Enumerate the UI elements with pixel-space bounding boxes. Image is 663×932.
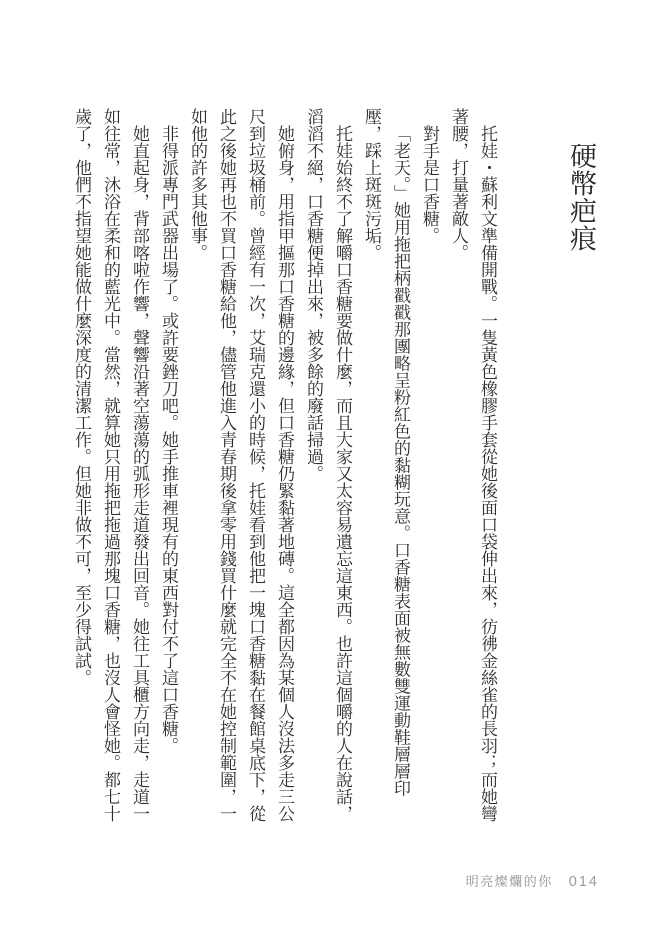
paragraph: 對手是口香糖。 <box>415 108 444 822</box>
paragraph: 托娃・蘇利文準備開戰。一隻黃色橡膠手套從她後面口袋伸出來，彷彿金絲雀的長羽；而她… <box>444 108 502 822</box>
paragraph: 非得派專門武器出場了。或許要銼刀吧。她手推車裡現有的東西對付不了這口香糖。 <box>154 108 183 822</box>
paragraph: 她直起身，背部喀啦作響，聲響沿著空蕩蕩的弧形走道發出回音。她往工具櫃方向走，走道… <box>67 108 154 822</box>
paragraph: 托娃始終不了解嚼口香糖要做什麼，而且大家又太容易遺忘這東西。也許這個嚼的人在說話… <box>299 108 357 822</box>
book-title: 明亮燦爛的你 <box>466 871 553 890</box>
paragraph: 她俯身，用指甲摳那口香糖的邊緣，但口香糖仍緊黏著地磚。這全都因為某個人沒法多走三… <box>183 108 299 822</box>
page-number: 014 <box>569 874 599 890</box>
chapter-title: 硬幣疤痕 <box>564 108 598 822</box>
paragraph: 「老天。」她用拖把柄戳戳那團略呈粉紅色的黏糊玩意。口香糖表面被無數雙運動鞋層層印… <box>357 108 415 822</box>
book-page: 硬幣疤痕 托娃・蘇利文準備開戰。一隻黃色橡膠手套從她後面口袋伸出來，彷彿金絲雀的… <box>0 0 663 932</box>
page-footer: 明亮燦爛的你 014 <box>466 871 599 890</box>
body-text: 托娃・蘇利文準備開戰。一隻黃色橡膠手套從她後面口袋伸出來，彷彿金絲雀的長羽；而她… <box>67 108 502 822</box>
chapter-text-block: 硬幣疤痕 托娃・蘇利文準備開戰。一隻黃色橡膠手套從她後面口袋伸出來，彷彿金絲雀的… <box>67 108 598 822</box>
